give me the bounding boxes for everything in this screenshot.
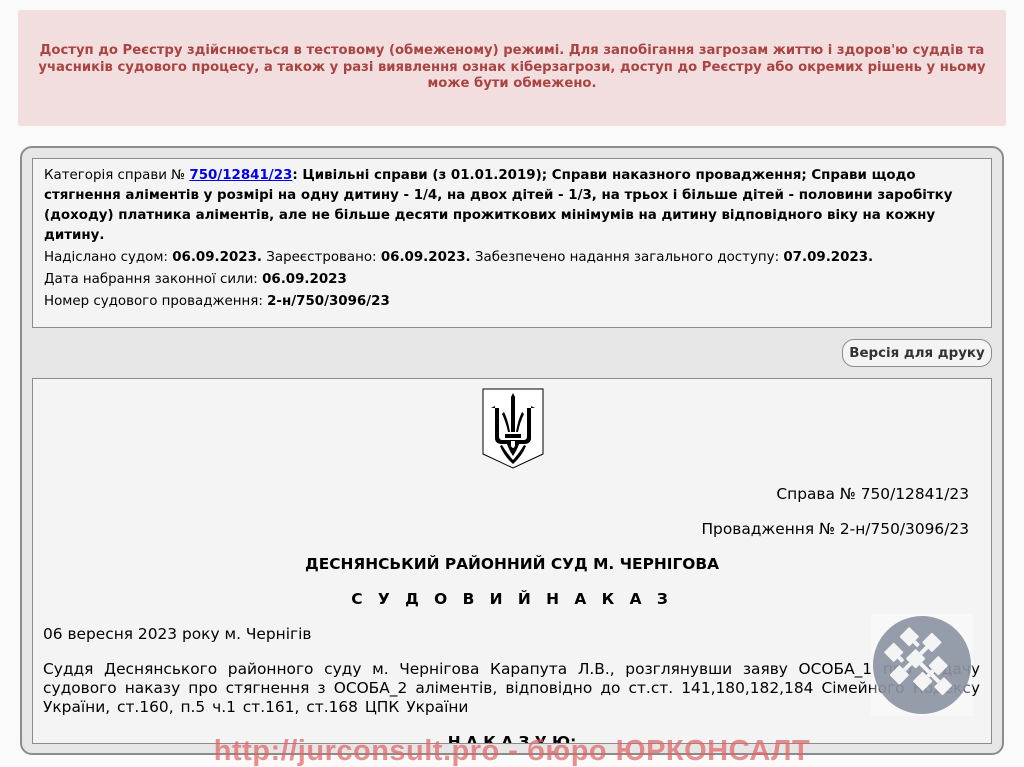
effective-date-row: Дата набрання законної сили: 06.09.2023 xyxy=(44,270,980,290)
body-paragraph: Суддя Деснянського районного суду м. Чер… xyxy=(43,660,980,717)
case-number: Справа № 750/12841/23 xyxy=(776,485,969,503)
registry-access-alert: Доступ до Реєстру здійснюється в тестово… xyxy=(18,10,1006,126)
alert-message: Доступ до Реєстру здійснюється в тестово… xyxy=(34,43,990,93)
effective-date-label: Дата набрання законної сили: xyxy=(44,272,262,287)
decision-container: Категорія справи № 750/12841/23: Цивільн… xyxy=(20,146,1004,755)
date-place: 06 вересня 2023 року м. Чернігів xyxy=(43,625,980,644)
category-label: Категорія справи № xyxy=(44,168,189,183)
proceeding-number-value: 2-н/750/3096/23 xyxy=(267,294,390,309)
case-number-link[interactable]: 750/12841/23 xyxy=(189,168,292,183)
case-category: Категорія справи № 750/12841/23: Цивільн… xyxy=(44,166,980,246)
public-access-date: 07.09.2023. xyxy=(783,250,873,265)
registered-date: 06.09.2023. xyxy=(381,250,471,265)
public-access-label: Забезпечено надання загального доступу: xyxy=(471,250,784,265)
document-type: С У Д О В И Й Н А К А З xyxy=(33,590,991,608)
court-name: ДЕСНЯНСЬКИЙ РАЙОННИЙ СУД М. ЧЕРНІГОВА xyxy=(33,555,991,573)
sent-date: 06.09.2023. xyxy=(172,250,262,265)
effective-date-value: 06.09.2023 xyxy=(262,272,347,287)
watermark-text: http://jurconsult.pro - бюро ЮРКОНСАЛТ xyxy=(0,733,1024,767)
case-info-panel: Категорія справи № 750/12841/23: Цивільн… xyxy=(32,158,992,328)
case-dates: Надіслано судом: 06.09.2023. Зареєстрова… xyxy=(44,248,980,268)
coat-of-arms-icon xyxy=(482,388,544,470)
puzzle-circle-logo-icon xyxy=(872,615,972,715)
watermark-logo xyxy=(871,614,973,716)
registered-label: Зареєстровано: xyxy=(262,250,381,265)
proceeding-number-row: Номер судового провадження: 2-н/750/3096… xyxy=(44,292,980,312)
proceeding-number-label: Номер судового провадження: xyxy=(44,294,267,309)
proceeding-number: Провадження № 2-н/750/3096/23 xyxy=(701,520,969,538)
print-version-button[interactable]: Версія для друку xyxy=(842,339,992,367)
sent-label: Надіслано судом: xyxy=(44,250,172,265)
decision-document: Справа № 750/12841/23 Провадження № 2-н/… xyxy=(32,378,992,744)
